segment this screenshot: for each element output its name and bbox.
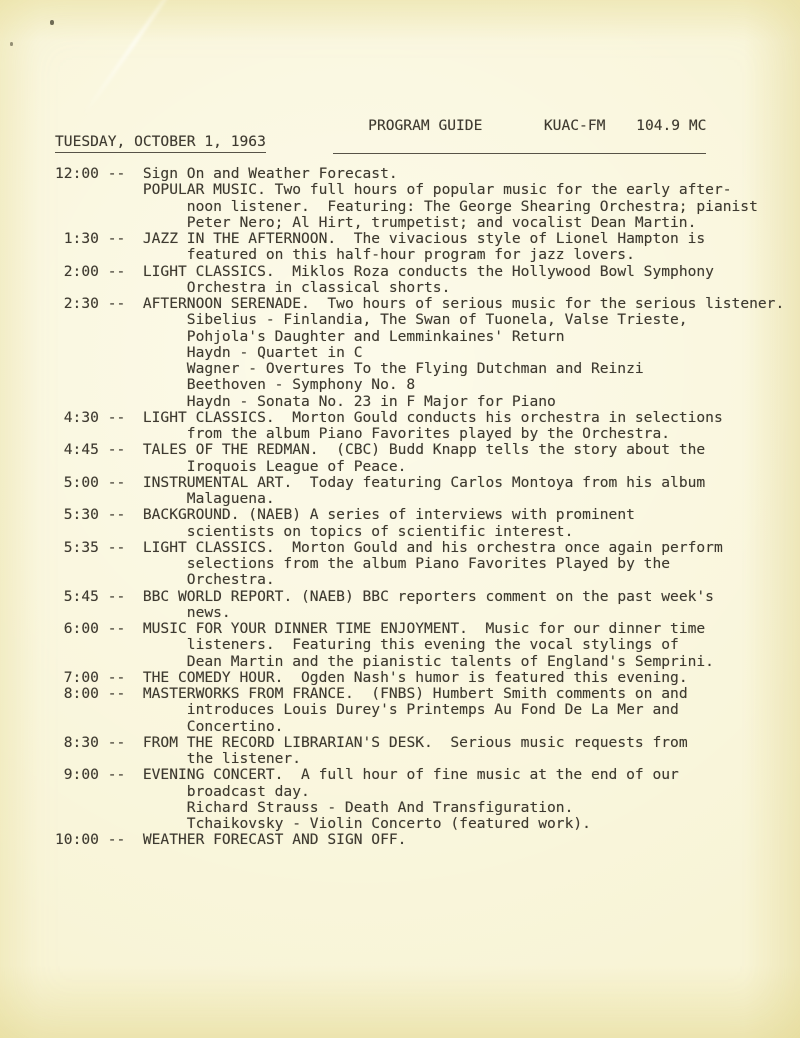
schedule-line: Orchestra. (143, 572, 795, 588)
entry-content: WEATHER FORECAST AND SIGN OFF. (143, 832, 795, 848)
entry-time: 8:30 (55, 735, 99, 751)
entry-time: 6:00 (55, 621, 99, 637)
paper-speck (50, 20, 54, 25)
schedule-line: Dean Martin and the pianistic talents of… (143, 654, 795, 670)
entry-time: 1:30 (55, 231, 99, 247)
entry-content: TALES OF THE REDMAN. (CBC) Budd Knapp te… (143, 442, 795, 475)
entry-time: 5:35 (55, 540, 99, 556)
schedule-entry: 8:00 -- MASTERWORKS FROM FRANCE. (FNBS) … (55, 686, 795, 735)
schedule-line: TALES OF THE REDMAN. (CBC) Budd Knapp te… (143, 442, 795, 458)
schedule-line: the listener. (143, 751, 795, 767)
schedule-line: noon listener. Featuring: The George She… (143, 199, 795, 215)
schedule-entry: 5:35 -- LIGHT CLASSICS. Morton Gould and… (55, 540, 795, 589)
schedule-line: Iroquois League of Peace. (143, 459, 795, 475)
schedule-entry: 2:30 -- AFTERNOON SERENADE. Two hours of… (55, 296, 795, 410)
schedule-line: POPULAR MUSIC. Two full hours of popular… (143, 182, 795, 198)
schedule-entry: 4:30 -- LIGHT CLASSICS. Morton Gould con… (55, 410, 795, 443)
entry-separator: -- (99, 670, 143, 686)
entry-separator: -- (99, 589, 143, 605)
entry-content: LIGHT CLASSICS. Miklos Roza conducts the… (143, 264, 795, 297)
schedule-line: Peter Nero; Al Hirt, trumpetist; and voc… (143, 215, 795, 231)
entry-content: INSTRUMENTAL ART. Today featuring Carlos… (143, 475, 795, 508)
schedule-line: scientists on topics of scientific inter… (143, 524, 795, 540)
schedule-line: MASTERWORKS FROM FRANCE. (FNBS) Humbert … (143, 686, 795, 702)
schedule-entry: 5:45 -- BBC WORLD REPORT. (NAEB) BBC rep… (55, 589, 795, 622)
schedule-line: Wagner - Overtures To the Flying Dutchma… (143, 361, 795, 377)
header-title: PROGRAM GUIDE (368, 117, 482, 134)
entry-content: BACKGROUND. (NAEB) A series of interview… (143, 507, 795, 540)
document-page: PROGRAM GUIDEKUAC-FM104.9 MC TUESDAY, OC… (0, 0, 800, 1038)
entry-content: MASTERWORKS FROM FRANCE. (FNBS) Humbert … (143, 686, 795, 735)
entry-separator: -- (99, 832, 143, 848)
schedule-line: INSTRUMENTAL ART. Today featuring Carlos… (143, 475, 795, 491)
entry-separator: -- (99, 621, 143, 637)
schedule-entry: 1:30 -- JAZZ IN THE AFTERNOON. The vivac… (55, 231, 795, 264)
entry-content: LIGHT CLASSICS. Morton Gould conducts hi… (143, 410, 795, 443)
schedule-line: broadcast day. (143, 784, 795, 800)
entry-separator: -- (99, 475, 143, 491)
schedule-line: LIGHT CLASSICS. Miklos Roza conducts the… (143, 264, 795, 280)
entry-content: Sign On and Weather Forecast.POPULAR MUS… (143, 166, 795, 231)
schedule-line: from the album Piano Favorites played by… (143, 426, 795, 442)
entry-separator: -- (99, 767, 143, 783)
schedule-line: MUSIC FOR YOUR DINNER TIME ENJOYMENT. Mu… (143, 621, 795, 637)
entry-content: EVENING CONCERT. A full hour of fine mus… (143, 767, 795, 832)
schedule-entry: 4:45 -- TALES OF THE REDMAN. (CBC) Budd … (55, 442, 795, 475)
schedule-line: Sibelius - Finlandia, The Swan of Tuonel… (143, 312, 795, 328)
schedule-line: FROM THE RECORD LIBRARIAN'S DESK. Seriou… (143, 735, 795, 751)
schedule-line: Malaguena. (143, 491, 795, 507)
entry-separator: -- (99, 296, 143, 312)
schedule-line: Richard Strauss - Death And Transfigurat… (143, 800, 795, 816)
entry-separator: -- (99, 410, 143, 426)
header-station: KUAC-FM (544, 117, 606, 134)
schedule-line: Sign On and Weather Forecast. (143, 166, 795, 182)
entry-content: THE COMEDY HOUR. Ogden Nash's humor is f… (143, 670, 795, 686)
entry-content: BBC WORLD REPORT. (NAEB) BBC reporters c… (143, 589, 795, 622)
schedule-line: JAZZ IN THE AFTERNOON. The vivacious sty… (143, 231, 795, 247)
date-heading: TUESDAY, OCTOBER 1, 1963 (55, 134, 266, 153)
schedule-entry: 12:00 -- Sign On and Weather Forecast.PO… (55, 166, 795, 231)
schedule-line: EVENING CONCERT. A full hour of fine mus… (143, 767, 795, 783)
entry-time: 4:30 (55, 410, 99, 426)
schedule-entry: 5:30 -- BACKGROUND. (NAEB) A series of i… (55, 507, 795, 540)
entry-separator: -- (99, 735, 143, 751)
entry-content: LIGHT CLASSICS. Morton Gould and his orc… (143, 540, 795, 589)
entry-time: 2:30 (55, 296, 99, 312)
schedule-entry: 5:00 -- INSTRUMENTAL ART. Today featurin… (55, 475, 795, 508)
schedule-line: introduces Louis Durey's Printemps Au Fo… (143, 702, 795, 718)
schedule-line: Tchaikovsky - Violin Concerto (featured … (143, 816, 795, 832)
schedule: 12:00 -- Sign On and Weather Forecast.PO… (55, 166, 795, 849)
schedule-line: LIGHT CLASSICS. Morton Gould and his orc… (143, 540, 795, 556)
entry-time: 10:00 (55, 832, 99, 848)
header-frequency: 104.9 MC (636, 117, 706, 134)
entry-content: AFTERNOON SERENADE. Two hours of serious… (143, 296, 795, 410)
schedule-line: featured on this half-hour program for j… (143, 247, 795, 263)
schedule-entry: 8:30 -- FROM THE RECORD LIBRARIAN'S DESK… (55, 735, 795, 768)
entry-separator: -- (99, 231, 143, 247)
entry-time: 5:30 (55, 507, 99, 523)
schedule-line: selections from the album Piano Favorite… (143, 556, 795, 572)
schedule-line: news. (143, 605, 795, 621)
entry-separator: -- (99, 264, 143, 280)
schedule-line: BACKGROUND. (NAEB) A series of interview… (143, 507, 795, 523)
entry-time: 7:00 (55, 670, 99, 686)
entry-time: 9:00 (55, 767, 99, 783)
schedule-line: THE COMEDY HOUR. Ogden Nash's humor is f… (143, 670, 795, 686)
schedule-entry: 10:00 -- WEATHER FORECAST AND SIGN OFF. (55, 832, 795, 848)
header-line: PROGRAM GUIDEKUAC-FM104.9 MC (333, 102, 706, 154)
schedule-line: AFTERNOON SERENADE. Two hours of serious… (143, 296, 795, 312)
entry-time: 2:00 (55, 264, 99, 280)
schedule-entry: 2:00 -- LIGHT CLASSICS. Miklos Roza cond… (55, 264, 795, 297)
schedule-entry: 7:00 -- THE COMEDY HOUR. Ogden Nash's hu… (55, 670, 795, 686)
entry-time: 5:45 (55, 589, 99, 605)
paper-speck (10, 42, 13, 46)
schedule-line: Haydn - Quartet in C (143, 345, 795, 361)
entry-time: 12:00 (55, 166, 99, 182)
entry-time: 8:00 (55, 686, 99, 702)
entry-content: JAZZ IN THE AFTERNOON. The vivacious sty… (143, 231, 795, 264)
schedule-line: BBC WORLD REPORT. (NAEB) BBC reporters c… (143, 589, 795, 605)
entry-separator: -- (99, 442, 143, 458)
schedule-line: Pohjola's Daughter and Lemminkaines' Ret… (143, 329, 795, 345)
entry-separator: -- (99, 166, 143, 182)
entry-separator: -- (99, 686, 143, 702)
schedule-line: Orchestra in classical shorts. (143, 280, 795, 296)
entry-time: 5:00 (55, 475, 99, 491)
schedule-line: listeners. Featuring this evening the vo… (143, 637, 795, 653)
entry-separator: -- (99, 540, 143, 556)
schedule-line: Haydn - Sonata No. 23 in F Major for Pia… (143, 394, 795, 410)
schedule-line: LIGHT CLASSICS. Morton Gould conducts hi… (143, 410, 795, 426)
schedule-entry: 6:00 -- MUSIC FOR YOUR DINNER TIME ENJOY… (55, 621, 795, 670)
entry-content: MUSIC FOR YOUR DINNER TIME ENJOYMENT. Mu… (143, 621, 795, 670)
schedule-entry: 9:00 -- EVENING CONCERT. A full hour of … (55, 767, 795, 832)
schedule-line: Beethoven - Symphony No. 8 (143, 377, 795, 393)
entry-time: 4:45 (55, 442, 99, 458)
entry-separator: -- (99, 507, 143, 523)
schedule-line: WEATHER FORECAST AND SIGN OFF. (143, 832, 795, 848)
schedule-line: Concertino. (143, 719, 795, 735)
entry-content: FROM THE RECORD LIBRARIAN'S DESK. Seriou… (143, 735, 795, 768)
paper-crease (83, 0, 186, 115)
